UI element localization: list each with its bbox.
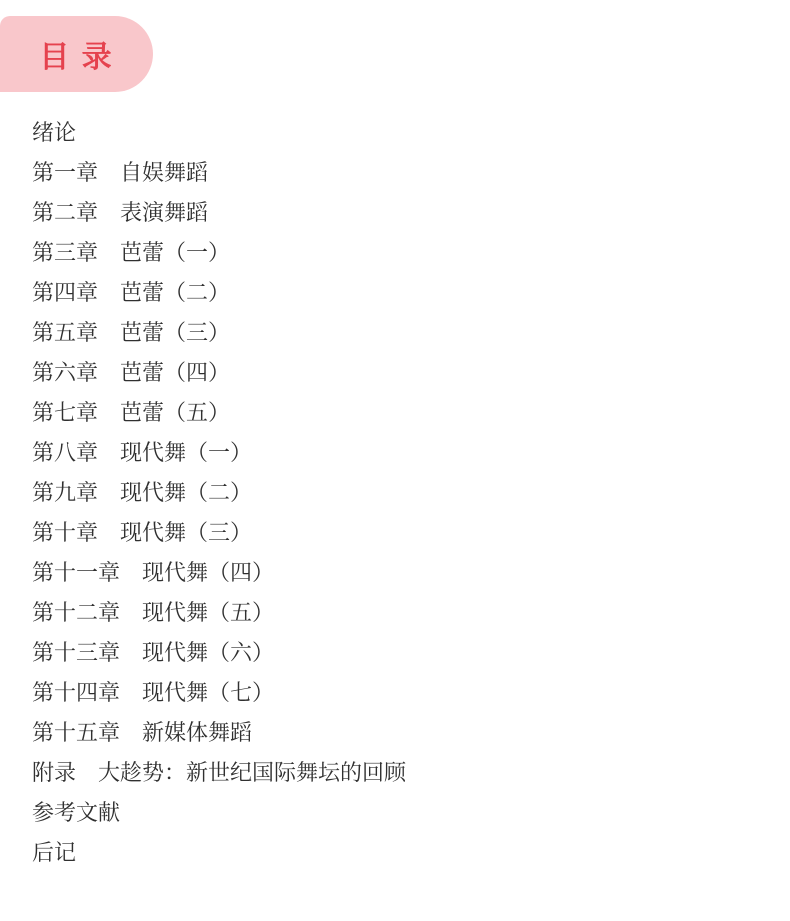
toc-item-chapter-11[interactable]: 第十一章 现代舞（四） — [32, 553, 406, 593]
toc-item-chapter-12[interactable]: 第十二章 现代舞（五） — [32, 593, 406, 633]
toc-item-appendix[interactable]: 附录 大趁势：新世纪国际舞坛的回顾 — [32, 753, 406, 793]
toc-page-title: 目 录 — [39, 32, 113, 76]
toc-item-chapter-4[interactable]: 第四章 芭蕾（二） — [32, 273, 406, 313]
toc-item-chapter-2[interactable]: 第二章 表演舞蹈 — [32, 193, 406, 233]
toc-item-chapter-13[interactable]: 第十三章 现代舞（六） — [32, 633, 406, 673]
toc-item-chapter-8[interactable]: 第八章 现代舞（一） — [32, 433, 406, 473]
toc-item-chapter-9[interactable]: 第九章 现代舞（二） — [32, 473, 406, 513]
toc-item-chapter-5[interactable]: 第五章 芭蕾（三） — [32, 313, 406, 353]
toc-item-chapter-15[interactable]: 第十五章 新媒体舞蹈 — [32, 713, 406, 753]
toc-header-badge: 目 录 — [0, 16, 153, 92]
toc-item-chapter-14[interactable]: 第十四章 现代舞（七） — [32, 673, 406, 713]
toc-item-chapter-10[interactable]: 第十章 现代舞（三） — [32, 513, 406, 553]
toc-item-chapter-6[interactable]: 第六章 芭蕾（四） — [32, 353, 406, 393]
toc-item-chapter-3[interactable]: 第三章 芭蕾（一） — [32, 233, 406, 273]
toc-item-references[interactable]: 参考文献 — [32, 793, 406, 833]
toc-item-chapter-1[interactable]: 第一章 自娱舞蹈 — [32, 153, 406, 193]
toc-page: 目 录 绪论 第一章 自娱舞蹈 第二章 表演舞蹈 第三章 芭蕾（一） 第四章 芭… — [0, 0, 790, 921]
toc-item-introduction[interactable]: 绪论 — [32, 113, 406, 153]
toc-item-postscript[interactable]: 后记 — [32, 833, 406, 873]
toc-list: 绪论 第一章 自娱舞蹈 第二章 表演舞蹈 第三章 芭蕾（一） 第四章 芭蕾（二）… — [32, 113, 406, 873]
toc-item-chapter-7[interactable]: 第七章 芭蕾（五） — [32, 393, 406, 433]
